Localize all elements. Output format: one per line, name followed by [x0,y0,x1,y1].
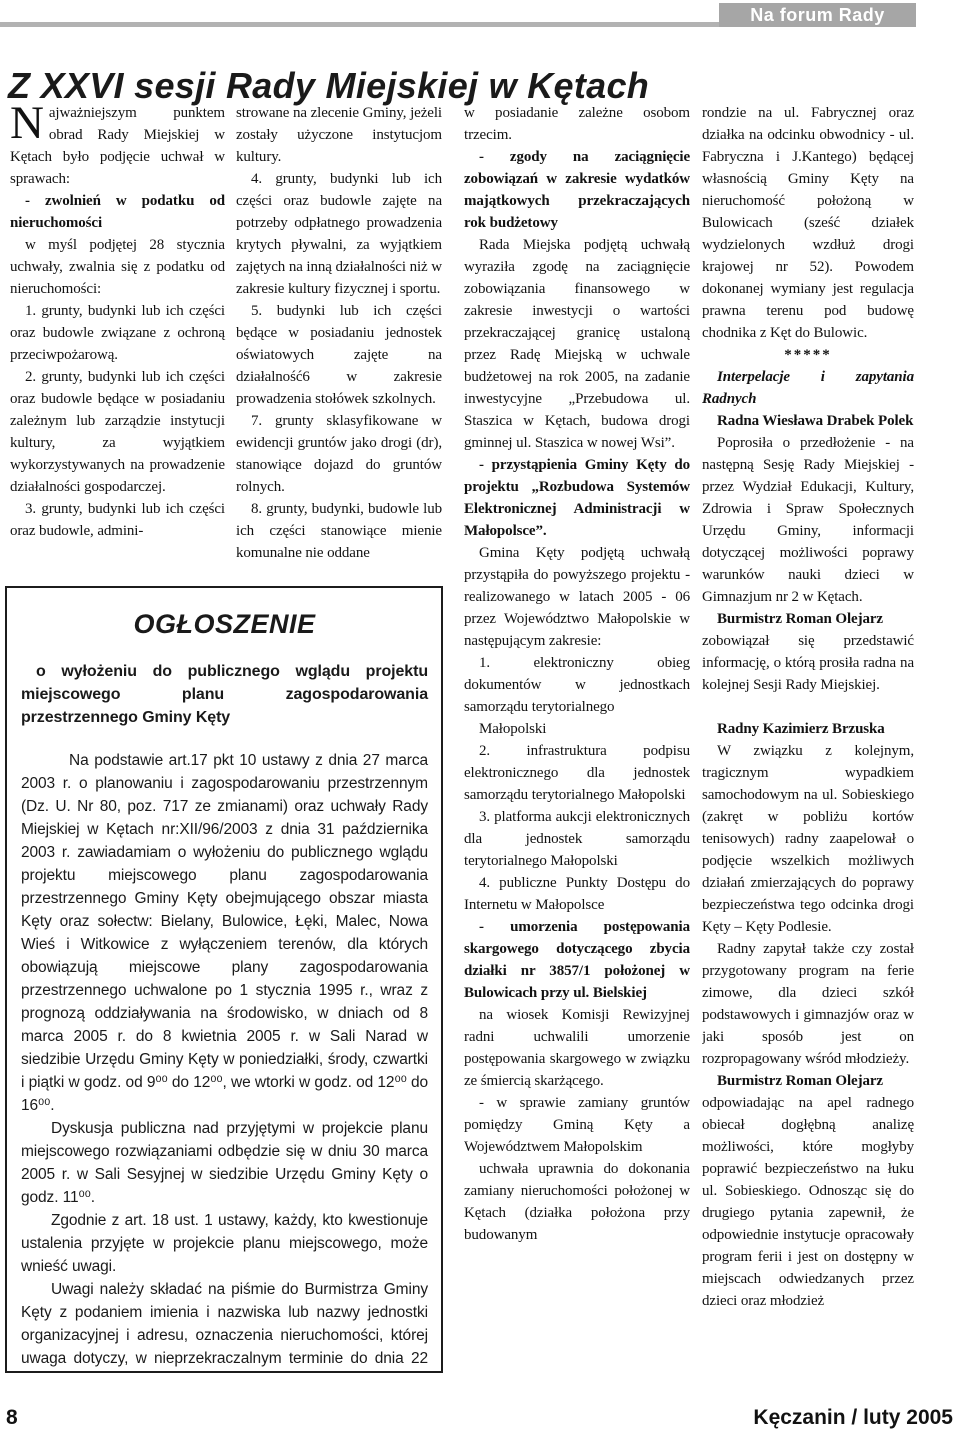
paragraph: 7. grunty sklasyfikowane w ewidencji gru… [236,410,442,498]
issue-label: Kęczanin / luty 2005 [753,1406,953,1430]
paragraph: odpowiadając na apel radnego obiecał dog… [702,1092,914,1312]
section-divider-stars: ***** [702,344,914,366]
subheading: - przystąpienia Gminy Kęty do projektu „… [464,454,690,542]
paragraph: w myśl podjętej 28 stycznia uchwały, zwa… [10,234,225,300]
announcement-title: OGŁOSZENIE [21,608,428,640]
subheading: - zwolnień w podatku od nieruchomości [10,190,225,234]
article-column-1: Najważniejszym punktem obrad Rady Miejsk… [10,102,225,542]
paragraph: 2. infrastruktura podpisu elektroniczneg… [464,740,690,806]
speaker-name: Burmistrz Roman Olejarz [702,608,914,630]
speaker-name: Radna Wiesława Drabek Polek [702,410,914,432]
paragraph: Radny zapytał także czy został przygotow… [702,938,914,1070]
paragraph: w posiadanie zależne osobom trzecim. [464,102,690,146]
subheading: - umorzenia postępowania skargowego doty… [464,916,690,1004]
article-column-3: w posiadanie zależne osobom trzecim. - z… [464,102,690,1388]
announcement-box: OGŁOSZENIE o wyłożeniu do publicznego wg… [5,586,443,1373]
announcement-subtitle: o wyłożeniu do publicznego wglądu projek… [21,660,428,729]
drop-cap: N [10,102,49,142]
page-number: 8 [6,1406,18,1430]
paragraph: 5. budynki lub ich części będące w posia… [236,300,442,410]
paragraph: uchwała uprawnia do dokonania zamiany ni… [464,1158,690,1246]
newspaper-page: Na forum Rady Z XXVI sesji Rady Miejskie… [0,0,960,1444]
paragraph: 2. grunty, budynki lub ich części oraz b… [10,366,225,498]
paragraph: 8. grunty, budynki, budowle lub ich częś… [236,498,442,564]
announcement-paragraph: Zgodnie z art. 18 ust. 1 ustawy, każdy, … [21,1209,428,1278]
paragraph: W związku z kolejnym, tragicznym wypadki… [702,740,914,938]
lead-paragraph: Najważniejszym punktem obrad Rady Miejsk… [10,102,225,190]
paragraph: 4. publiczne Punkty Dostępu do Internetu… [464,872,690,916]
paragraph: 4. grunty, budynki lub ich części oraz b… [236,168,442,300]
article-column-2: strowane na zlecenie Gminy, jeżeli zosta… [236,102,442,564]
paragraph: rondzie na ul. Fabrycznej oraz działka n… [702,102,914,344]
announcement-paragraph: Na podstawie art.17 pkt 10 ustawy z dnia… [21,749,428,1117]
paragraph: 3. platforma aukcji elektronicznych dla … [464,806,690,872]
paragraph: 1. elektroniczny obieg dokumentów w jedn… [464,652,690,718]
paragraph: 1. grunty, budynki lub ich części oraz b… [10,300,225,366]
paragraph: na wiosek Komisji Rewizyjnej radni uchwa… [464,1004,690,1092]
paragraph: Małopolski [464,718,690,740]
paragraph: Rada Miejska podjętą uchwałą wyraziła zg… [464,234,690,454]
paragraph: - w sprawie zamiany gruntów pomiędzy Gmi… [464,1092,690,1158]
article-column-4: rondzie na ul. Fabrycznej oraz działka n… [702,102,914,1388]
subheading: - zgody na zaciągnięcie zobowiązań w zak… [464,146,690,234]
subheading-italic: Interpelacje i zapytania Radnych [702,366,914,410]
paragraph: strowane na zlecenie Gminy, jeżeli zosta… [236,102,442,168]
section-badge: Na forum Rady [719,3,916,27]
paragraph: zobowiązał się przedstawić informację, o… [702,630,914,696]
announcement-paragraph: Dyskusja publiczna nad przyjętymi w proj… [21,1117,428,1209]
paragraph: Gmina Kęty podjętą uchwałą przystąpiła d… [464,542,690,652]
paragraph: Poprosiła o przedłożenie - na następną S… [702,432,914,608]
speaker-name: Burmistrz Roman Olejarz [702,1070,914,1092]
paragraph: 3. grunty, budynki lub ich części oraz b… [10,498,225,542]
announcement-paragraph: Uwagi należy składać na piśmie do Burmis… [21,1278,428,1373]
speaker-name: Radny Kazimierz Brzuska [702,718,914,740]
